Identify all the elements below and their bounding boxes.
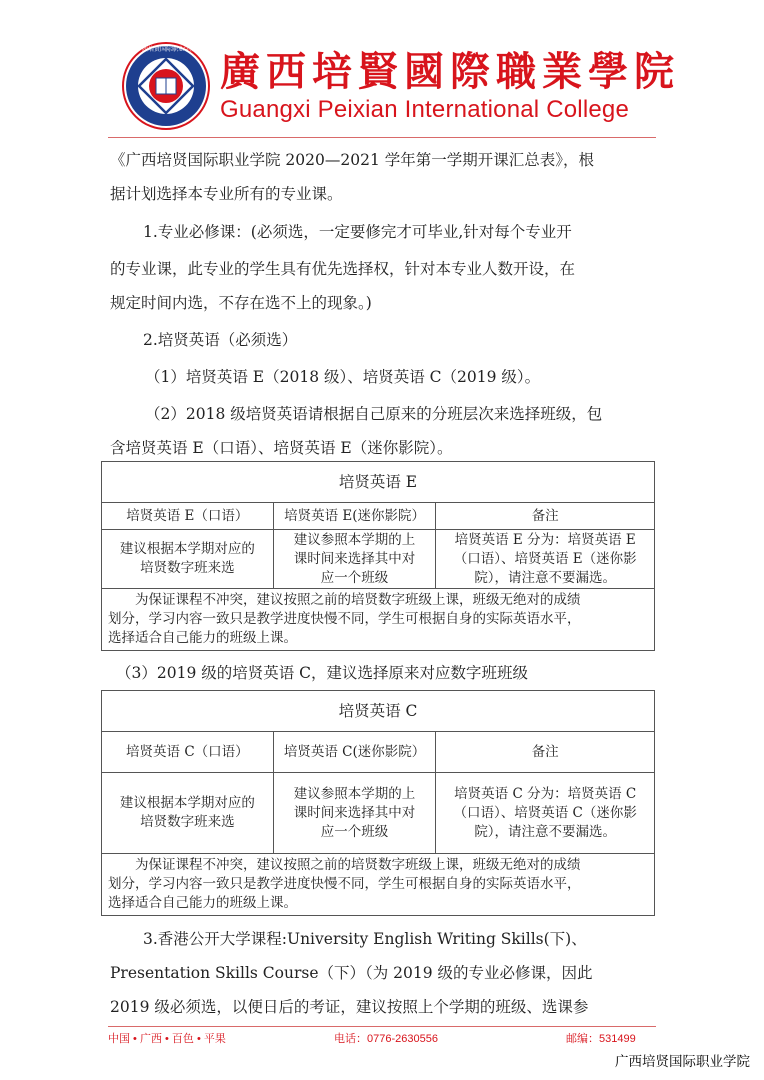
intro-line-1: 《广西培贤国际职业学院 2020—2021 学年第一学期开课汇总表》，根 [110, 143, 658, 177]
section-1-line-3: 规定时间内选，不存在选不上的现象。) [110, 286, 658, 320]
column-header: 备注 [436, 732, 655, 773]
college-logo-icon: 广西培贤国际职业学院 [122, 42, 210, 130]
column-header: 备注 [436, 503, 655, 530]
section-2-item-2-line-1: （2）2018 级培贤英语请根据自己原来的分班层次来选择班级，包 [145, 397, 693, 431]
section-1-line-1: 1.专业必修课：(必须选，一定要修完才可毕业,针对每个专业开 [143, 215, 691, 249]
section-2-item-3: （3）2019 级的培贤英语 C，建议选择原来对应数字班班级 [116, 656, 664, 690]
table-english-c: 培贤英语 C 培贤英语 C（口语） 培贤英语 C(迷你影院） 备注 建议根据本学… [101, 690, 655, 916]
footer-phone: 电话：0776-2630556 [334, 1030, 438, 1046]
footer-postcode: 邮编：531499 [566, 1030, 636, 1046]
table-cell: 建议参照本学期的上课时间来选择其中对应一个班级 [273, 773, 436, 854]
letterhead: 广西培贤国际职业学院 廣西培賢國際職業學院 Guangxi Peixian In… [118, 36, 638, 132]
table-title: 培贤英语 E [102, 462, 655, 503]
table-english-e: 培贤英语 E 培贤英语 E（口语） 培贤英语 E(迷你影院） 备注 建议根据本学… [101, 461, 655, 651]
section-2-item-1: （1）培贤英语 E（2018 级）、培贤英语 C（2019 级）。 [145, 360, 693, 394]
table-cell: 建议参照本学期的上课时间来选择其中对应一个班级 [273, 530, 436, 589]
table-note: 为保证课程不冲突，建议按照之前的培贤数字班级上课，班级无绝对的成绩划分，学习内容… [102, 854, 655, 916]
table-cell: 建议根据本学期对应的培贤数字班来选 [102, 530, 274, 589]
section-3-line-1: 3.香港公开大学课程:University English Writing Sk… [143, 922, 691, 956]
section-3-line-3: 2019 级必须选，以便日后的考证，建议按照上个学期的班级、选课参 [110, 990, 658, 1024]
footer-location: 中国 • 广西 • 百色 • 平果 [108, 1030, 226, 1046]
table-cell: 建议根据本学期对应的培贤数字班来选 [102, 773, 274, 854]
header-divider [108, 137, 656, 138]
section-2-title: 2.培贤英语（必须选） [143, 323, 691, 357]
section-3-line-2: Presentation Skills Course（下）（为 2019 级的专… [110, 956, 658, 990]
column-header: 培贤英语 E（口语） [102, 503, 274, 530]
intro-line-2: 据计划选择本专业所有的专业课。 [110, 177, 658, 211]
column-header: 培贤英语 E(迷你影院） [273, 503, 436, 530]
school-name-english: Guangxi Peixian International College [220, 96, 629, 124]
table-note: 为保证课程不冲突，建议按照之前的培贤数字班级上课，班级无绝对的成绩划分，学习内容… [102, 589, 655, 651]
table-title: 培贤英语 C [102, 691, 655, 732]
footer-publisher: 广西培贤国际职业学院 [615, 1050, 750, 1070]
column-header: 培贤英语 C（口语） [102, 732, 274, 773]
school-name-chinese: 廣西培賢國際職業學院 [220, 40, 680, 97]
section-1-line-2: 的专业课，此专业的学生具有优先选择权，针对本专业人数开设，在 [110, 252, 658, 286]
footer-divider [108, 1026, 656, 1027]
table-cell: 培贤英语 E 分为：培贤英语 E（口语）、培贤英语 E（迷你影院），请注意不要漏… [436, 530, 655, 589]
svg-text:广西培贤国际职业学院: 广西培贤国际职业学院 [136, 45, 196, 53]
table-cell: 培贤英语 C 分为：培贤英语 C（口语）、培贤英语 C（迷你影院），请注意不要漏… [436, 773, 655, 854]
section-2-item-2-line-2: 含培贤英语 E（口语）、培贤英语 E（迷你影院）。 [110, 431, 658, 465]
column-header: 培贤英语 C(迷你影院） [273, 732, 436, 773]
